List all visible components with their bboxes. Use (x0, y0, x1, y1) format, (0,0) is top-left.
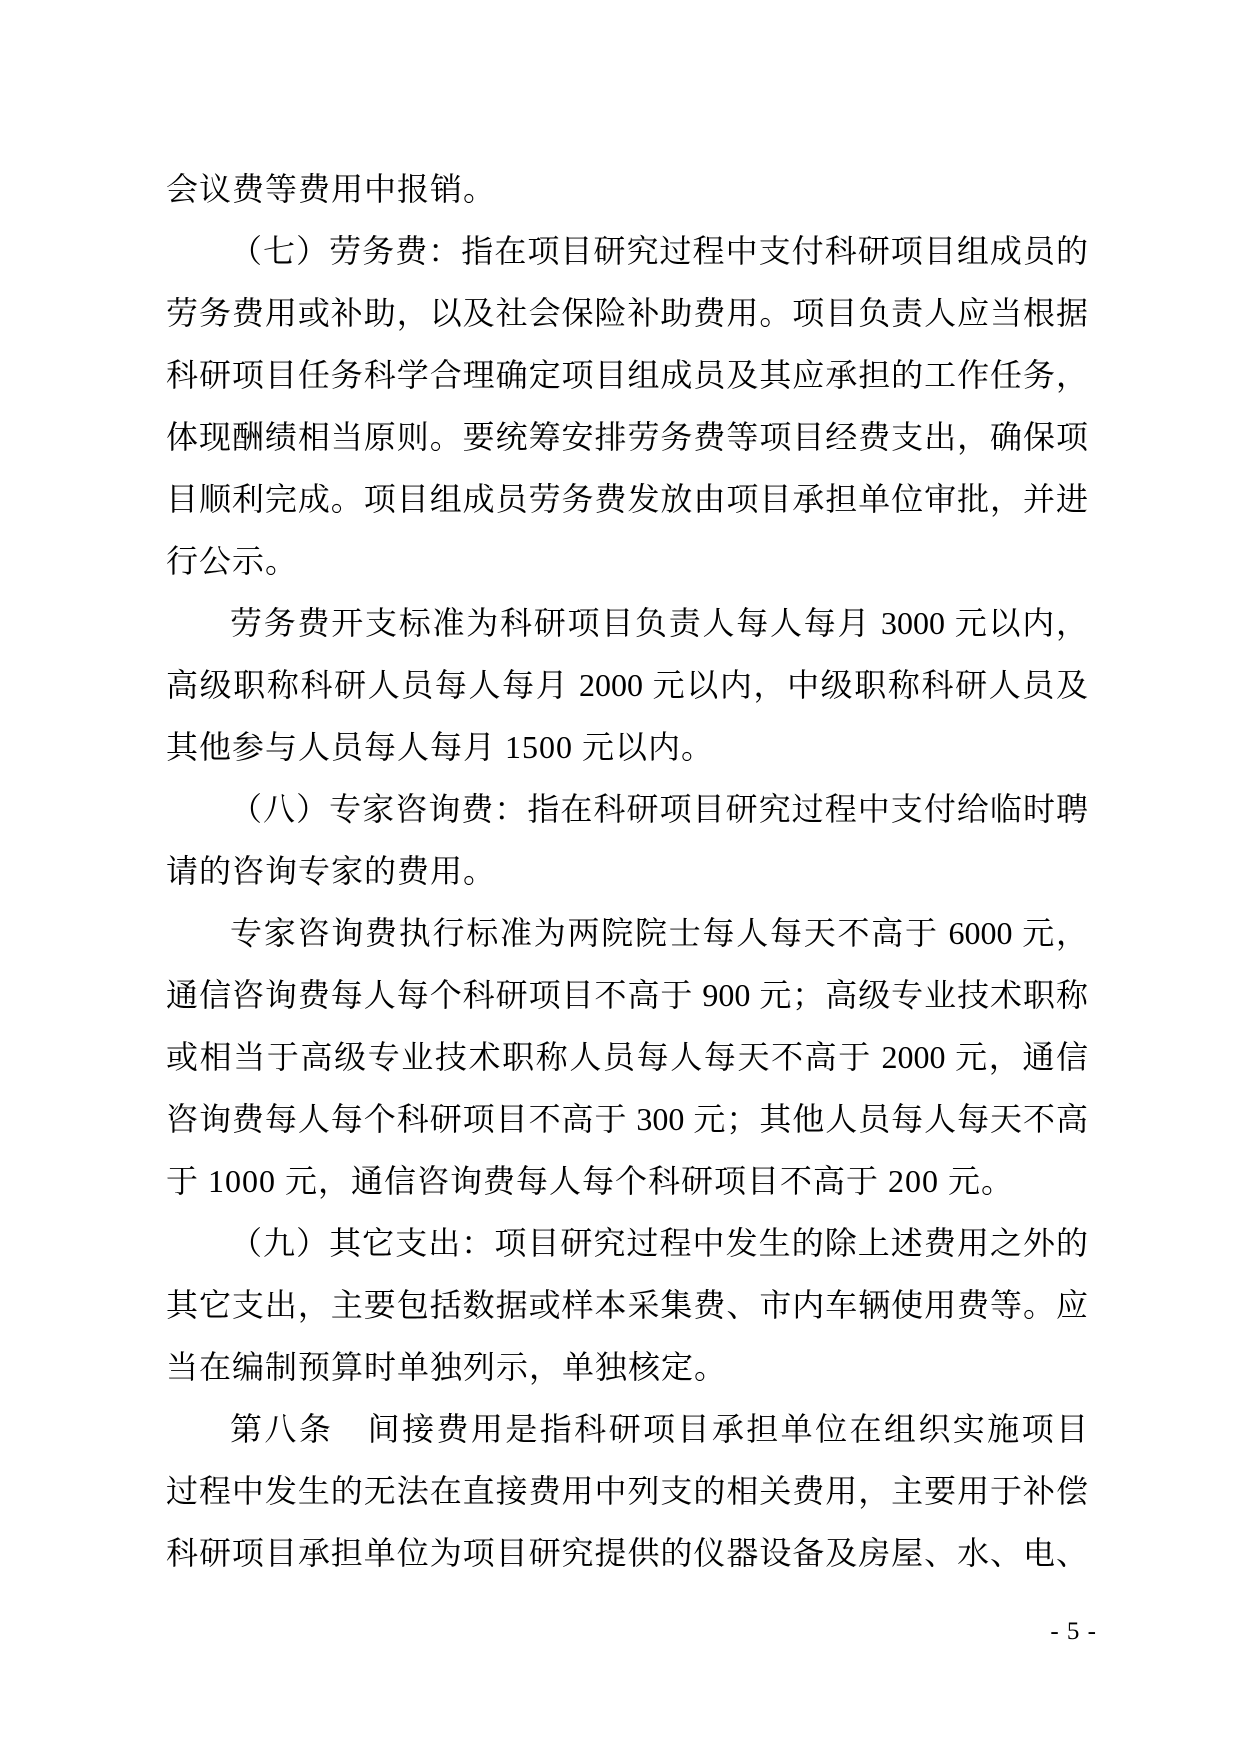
document-page: 会议费等费用中报销。 （七）劳务费：指在项目研究过程中支付科研项目组成员的 劳务… (0, 0, 1241, 1755)
text-line: 第八条 间接费用是指科研项目承担单位在组织实施项目 (166, 1398, 1088, 1460)
text-line: 其它支出，主要包括数据或样本采集费、市内车辆使用费等。应 (166, 1274, 1088, 1336)
text-line: （九）其它支出：项目研究过程中发生的除上述费用之外的 (166, 1212, 1088, 1274)
text-line: 当在编制预算时单独列示，单独核定。 (166, 1336, 1088, 1398)
text-line: 其他参与人员每人每月 1500 元以内。 (166, 716, 1088, 778)
text-line: 过程中发生的无法在直接费用中列支的相关费用，主要用于补偿 (166, 1460, 1088, 1522)
text-line: （八）专家咨询费：指在科研项目研究过程中支付给临时聘 (166, 778, 1088, 840)
text-line: 通信咨询费每人每个科研项目不高于 900 元；高级专业技术职称 (166, 964, 1088, 1026)
text-line: 体现酬绩相当原则。要统筹安排劳务费等项目经费支出，确保项 (166, 406, 1088, 468)
text-line: 目顺利完成。项目组成员劳务费发放由项目承担单位审批，并进 (166, 468, 1088, 530)
text-line: 科研项目承担单位为项目研究提供的仪器设备及房屋、水、电、 (166, 1522, 1088, 1584)
text-line: 劳务费用或补助，以及社会保险补助费用。项目负责人应当根据 (166, 282, 1088, 344)
page-number: - 5 - (1050, 1616, 1097, 1648)
text-line: 劳务费开支标准为科研项目负责人每人每月 3000 元以内， (166, 592, 1088, 654)
text-line: 科研项目任务科学合理确定项目组成员及其应承担的工作任务， (166, 344, 1088, 406)
text-line: 会议费等费用中报销。 (166, 158, 1088, 220)
text-line: 请的咨询专家的费用。 (166, 840, 1088, 902)
document-body: 会议费等费用中报销。 （七）劳务费：指在项目研究过程中支付科研项目组成员的 劳务… (166, 158, 1088, 1584)
text-line: 于 1000 元，通信咨询费每人每个科研项目不高于 200 元。 (166, 1150, 1088, 1212)
text-line: （七）劳务费：指在项目研究过程中支付科研项目组成员的 (166, 220, 1088, 282)
text-line: 专家咨询费执行标准为两院院士每人每天不高于 6000 元， (166, 902, 1088, 964)
text-line: 或相当于高级专业技术职称人员每人每天不高于 2000 元，通信 (166, 1026, 1088, 1088)
text-line: 行公示。 (166, 530, 1088, 592)
text-line: 高级职称科研人员每人每月 2000 元以内，中级职称科研人员及 (166, 654, 1088, 716)
text-line: 咨询费每人每个科研项目不高于 300 元；其他人员每人每天不高 (166, 1088, 1088, 1150)
